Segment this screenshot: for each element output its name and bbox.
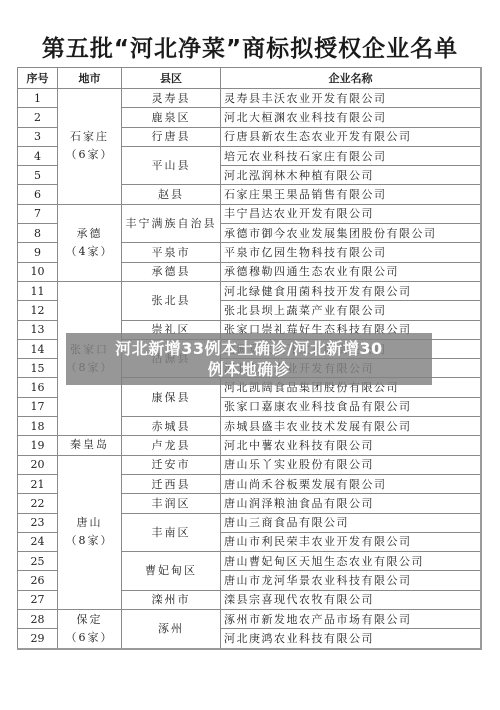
seq-cell: 17 [18, 397, 58, 416]
seq-cell: 18 [18, 417, 58, 436]
county-cell: 丰润区 [122, 494, 221, 513]
table-row: 19 秦皇岛 卢龙县 河北中薯农业科技有限公司 [18, 436, 482, 455]
seq-cell: 25 [18, 552, 58, 571]
city-count: （4家） [66, 245, 114, 258]
headline-line-2: 例本地确诊 [208, 359, 291, 380]
county-cell: 涿州 [122, 610, 221, 649]
seq-cell: 20 [18, 455, 58, 474]
table-header-row: 序号 地市 县区 企业名称 [18, 68, 482, 89]
company-cell: 培元农业科技石家庄有限公司 [221, 146, 482, 165]
city-cell: 保定（6家） [58, 610, 122, 649]
company-cell: 承德穆勒四通生态农业有限公司 [221, 262, 482, 281]
company-cell: 张家口嘉康农业科技食品有限公司 [221, 397, 482, 416]
table-row: 1 石家庄（6家） 灵寿县 灵寿县丰沃农业开发有限公司 [18, 89, 482, 108]
seq-cell: 5 [18, 166, 58, 185]
company-cell: 行唐县新农生态农业开发有限公司 [221, 127, 482, 146]
county-cell: 行唐县 [122, 127, 221, 146]
header-seq: 序号 [18, 68, 58, 89]
county-cell: 承德县 [122, 262, 221, 281]
company-cell: 张北县坝上蔬菜产业有限公司 [221, 301, 482, 320]
company-cell: 唐山三商食品有限公司 [221, 513, 482, 532]
city-count: （6家） [66, 631, 114, 644]
company-cell: 河北大桓渊农业科技有限公司 [221, 108, 482, 127]
city-count: （6家） [66, 148, 114, 161]
county-cell: 张北县 [122, 281, 221, 320]
county-cell: 平山县 [122, 146, 221, 185]
seq-cell: 1 [18, 89, 58, 108]
headline-overlay: 河北新增33例本土确诊/河北新增30 例本地确诊 [66, 333, 432, 385]
company-cell: 平泉市亿园生物科技有限公司 [221, 243, 482, 262]
company-cell: 河北绿健食用菌科技开发有限公司 [221, 281, 482, 300]
county-cell: 赵县 [122, 185, 221, 204]
company-cell: 唐山润泽粮油食品有限公司 [221, 494, 482, 513]
city-cell: 石家庄（6家） [58, 89, 122, 205]
seq-cell: 19 [18, 436, 58, 455]
seq-cell: 26 [18, 571, 58, 590]
seq-cell: 24 [18, 532, 58, 551]
city-name: 石家庄 [70, 130, 109, 143]
seq-cell: 23 [18, 513, 58, 532]
county-cell: 迁安市 [122, 455, 221, 474]
seq-cell: 11 [18, 281, 58, 300]
company-cell: 唐山市利民荣丰农业开发有限公司 [221, 532, 482, 551]
county-cell: 灵寿县 [122, 89, 221, 108]
header-city: 地市 [58, 68, 122, 89]
table-row: 20 唐山（8家） 迁安市 唐山乐丫实业股份有限公司 [18, 455, 482, 474]
county-cell: 迁西县 [122, 474, 221, 493]
seq-cell: 9 [18, 243, 58, 262]
header-company: 企业名称 [221, 68, 482, 89]
seq-cell: 29 [18, 629, 58, 649]
county-cell: 滦州市 [122, 590, 221, 609]
seq-cell: 6 [18, 185, 58, 204]
company-cell: 唐山曹妃甸区天旭生态农业有限公司 [221, 552, 482, 571]
company-cell: 唐山乐丫实业股份有限公司 [221, 455, 482, 474]
city-name: 唐山 [77, 516, 103, 529]
table-row: 28 保定（6家） 涿州 涿州市新发地农产品市场有限公司 [18, 610, 482, 629]
county-cell: 鹿泉区 [122, 108, 221, 127]
city-count: （8家） [66, 534, 114, 547]
seq-cell: 4 [18, 146, 58, 165]
county-cell: 平泉市 [122, 243, 221, 262]
seq-cell: 7 [18, 204, 58, 223]
seq-cell: 13 [18, 320, 58, 339]
city-name: 承德 [77, 227, 103, 240]
company-cell: 赤城县盛丰农业技术发展有限公司 [221, 417, 482, 436]
county-cell: 曹妃甸区 [122, 552, 221, 591]
county-cell: 卢龙县 [122, 436, 221, 455]
seq-cell: 12 [18, 301, 58, 320]
seq-cell: 16 [18, 378, 58, 397]
seq-cell: 27 [18, 590, 58, 609]
county-cell: 丰宁满族自治县 [122, 204, 221, 243]
seq-cell: 2 [18, 108, 58, 127]
company-cell: 涿州市新发地农产品市场有限公司 [221, 610, 482, 629]
company-cell: 河北庚鸿农业科技有限公司 [221, 629, 482, 649]
company-cell: 唐山尚禾谷板栗发展有限公司 [221, 474, 482, 493]
company-cell: 丰宁昌达农业开发有限公司 [221, 204, 482, 223]
table-row: 7 承德（4家） 丰宁满族自治县 丰宁昌达农业开发有限公司 [18, 204, 482, 223]
seq-cell: 21 [18, 474, 58, 493]
city-name: 秦皇岛 [70, 438, 109, 451]
seq-cell: 3 [18, 127, 58, 146]
seq-cell: 10 [18, 262, 58, 281]
seq-cell: 14 [18, 339, 58, 358]
county-cell: 赤城县 [122, 417, 221, 436]
seq-cell: 15 [18, 359, 58, 378]
city-cell: 秦皇岛 [58, 436, 122, 455]
document-title: 第五批“河北净菜”商标拟授权企业名单 [0, 30, 500, 63]
company-cell: 滦县宗喜现代农牧有限公司 [221, 590, 482, 609]
company-cell: 河北中薯农业科技有限公司 [221, 436, 482, 455]
city-name: 保定 [77, 613, 103, 626]
seq-cell: 28 [18, 610, 58, 629]
company-cell: 石家庄果王果品销售有限公司 [221, 185, 482, 204]
company-cell: 唐山市龙河华景农业科技有限公司 [221, 571, 482, 590]
company-cell: 河北泓润林木种植有限公司 [221, 166, 482, 185]
table-row: 11 张家口（8家） 张北县 河北绿健食用菌科技开发有限公司 [18, 281, 482, 300]
company-cell: 灵寿县丰沃农业开发有限公司 [221, 89, 482, 108]
header-county: 县区 [122, 68, 221, 89]
seq-cell: 8 [18, 224, 58, 243]
seq-cell: 22 [18, 494, 58, 513]
headline-line-1: 河北新增33例本土确诊/河北新增30 [115, 338, 382, 359]
city-cell: 承德（4家） [58, 204, 122, 281]
county-cell: 丰南区 [122, 513, 221, 552]
company-cell: 承德市御今农业发展集团股份有限公司 [221, 224, 482, 243]
city-cell: 唐山（8家） [58, 455, 122, 609]
